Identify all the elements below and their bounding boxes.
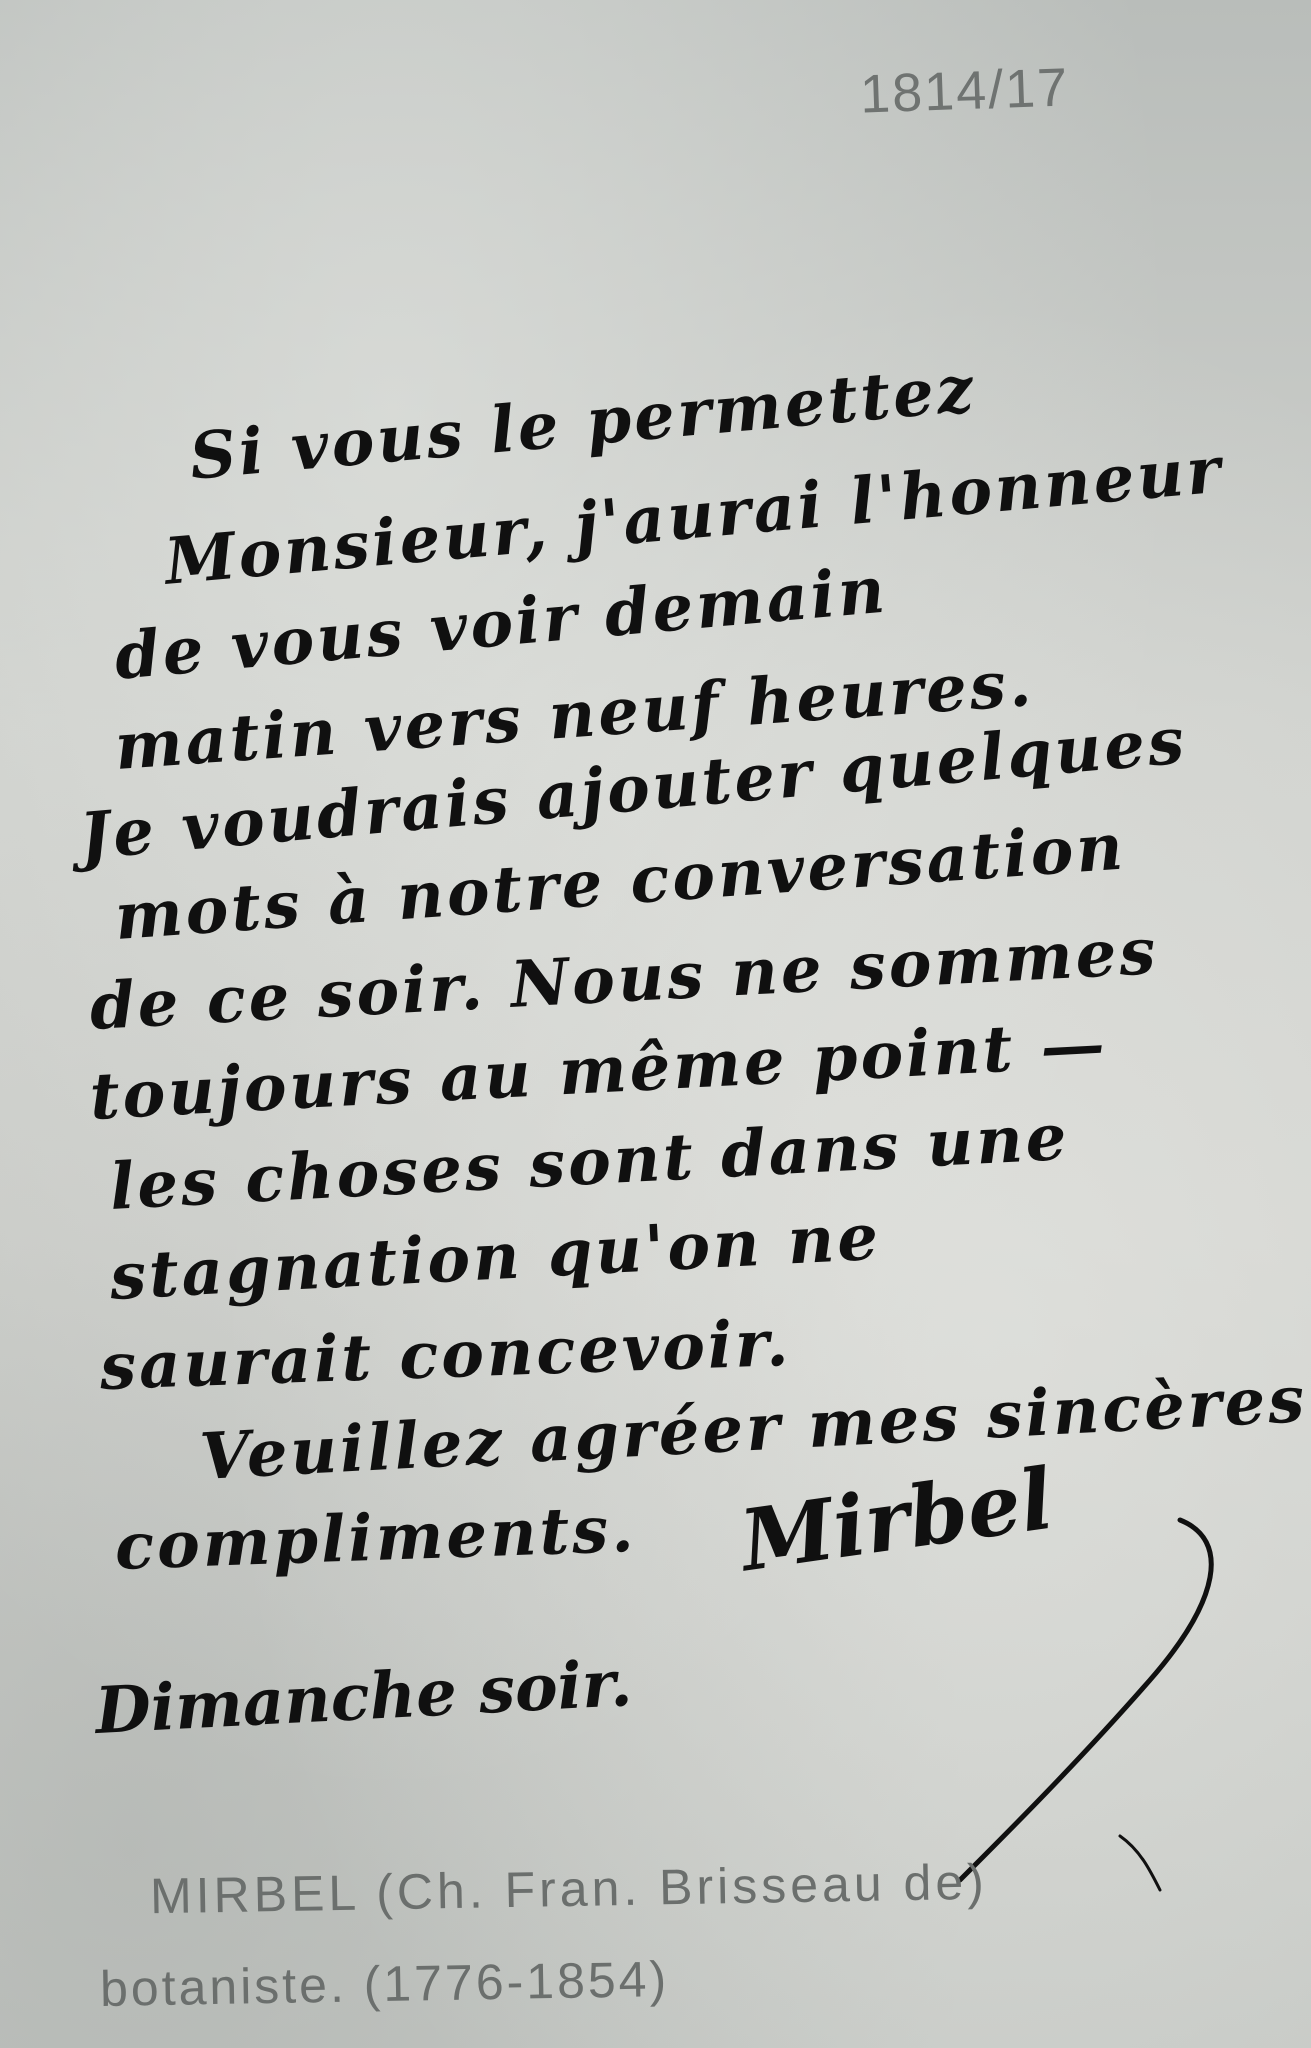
pencil-annotation-dates: botaniste. (1776-1854): [100, 1950, 670, 2018]
letter-page: 1814/17 Si vous le permettez Monsieur, j…: [0, 0, 1311, 2048]
